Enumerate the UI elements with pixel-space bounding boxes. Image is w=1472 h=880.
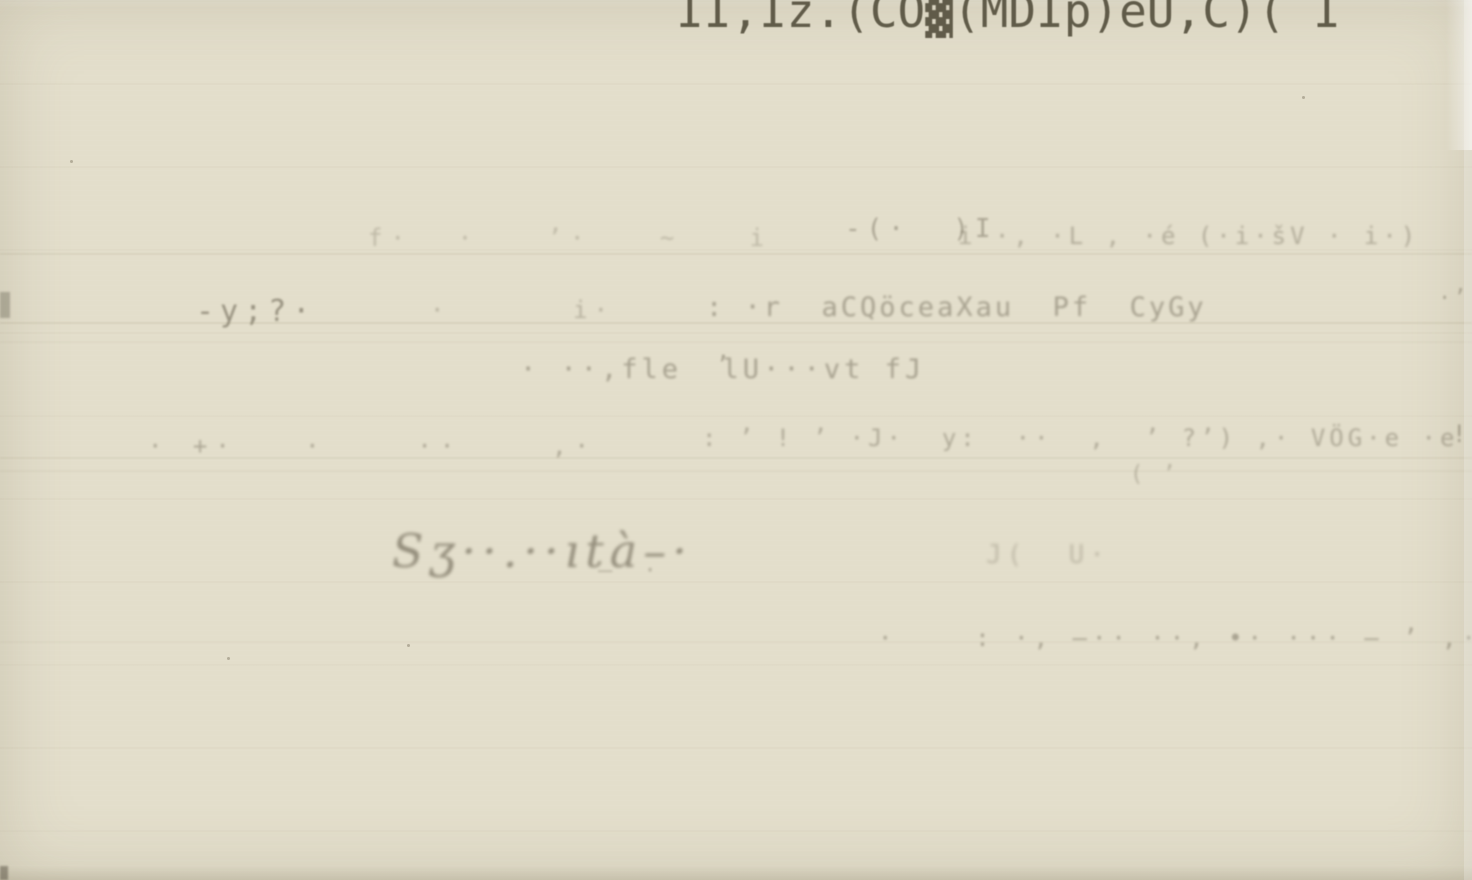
typed-header-line: II,Iz.(CO▓(MDIp)eU,C)( I bbox=[676, 0, 1341, 38]
ghost-line1-left: f· · ’· ~ i bbox=[368, 224, 772, 252]
ghost-line4-below: ( ’ bbox=[1130, 462, 1179, 487]
ink-speck bbox=[227, 657, 230, 660]
scan-streak-line bbox=[0, 322, 1472, 324]
scan-streak-line bbox=[0, 341, 1472, 343]
ink-speck bbox=[407, 644, 410, 647]
ghost-line5-right: J( U· bbox=[986, 540, 1110, 570]
left-edge-ink-mark bbox=[0, 292, 10, 318]
ghost-line3: · ··,fle lU···vt fJ bbox=[520, 354, 925, 385]
ink-speck bbox=[1302, 96, 1305, 99]
ghost-line4-mid: : ’ ! ’ ·J· y: ·· , ’ ?’) ,· VÖG·e ·e bbox=[702, 424, 1458, 452]
right-edge-strip bbox=[1464, 0, 1472, 880]
ghost-line1-right: i ·, ·L , ·é (·i·šV · i·) bbox=[958, 222, 1419, 250]
ghost-line2-right: : ·r aCQöceaXau Pf CyGy bbox=[706, 292, 1207, 323]
ghost-line4-left: · +· · ·· ,· bbox=[148, 432, 597, 460]
ink-speck bbox=[70, 160, 73, 163]
bottom-left-corner-mark bbox=[0, 866, 8, 880]
scan-streak-line bbox=[0, 457, 1472, 459]
signature-trail: – · bbox=[598, 556, 665, 584]
ghost-line6: · : ·, –·· ··, •· ··· — ’ ‚· · bbox=[878, 624, 1472, 652]
scan-streak-line bbox=[0, 253, 1472, 255]
scan-streak-line bbox=[0, 641, 1472, 643]
scanned-document-page: II,Iz.(CO▓(MDIp)eU,C)( I f· · ’· ~ i-(· … bbox=[0, 0, 1472, 880]
ghost-line2-mid: · i· bbox=[430, 296, 614, 324]
scan-streak-line bbox=[0, 470, 1472, 472]
